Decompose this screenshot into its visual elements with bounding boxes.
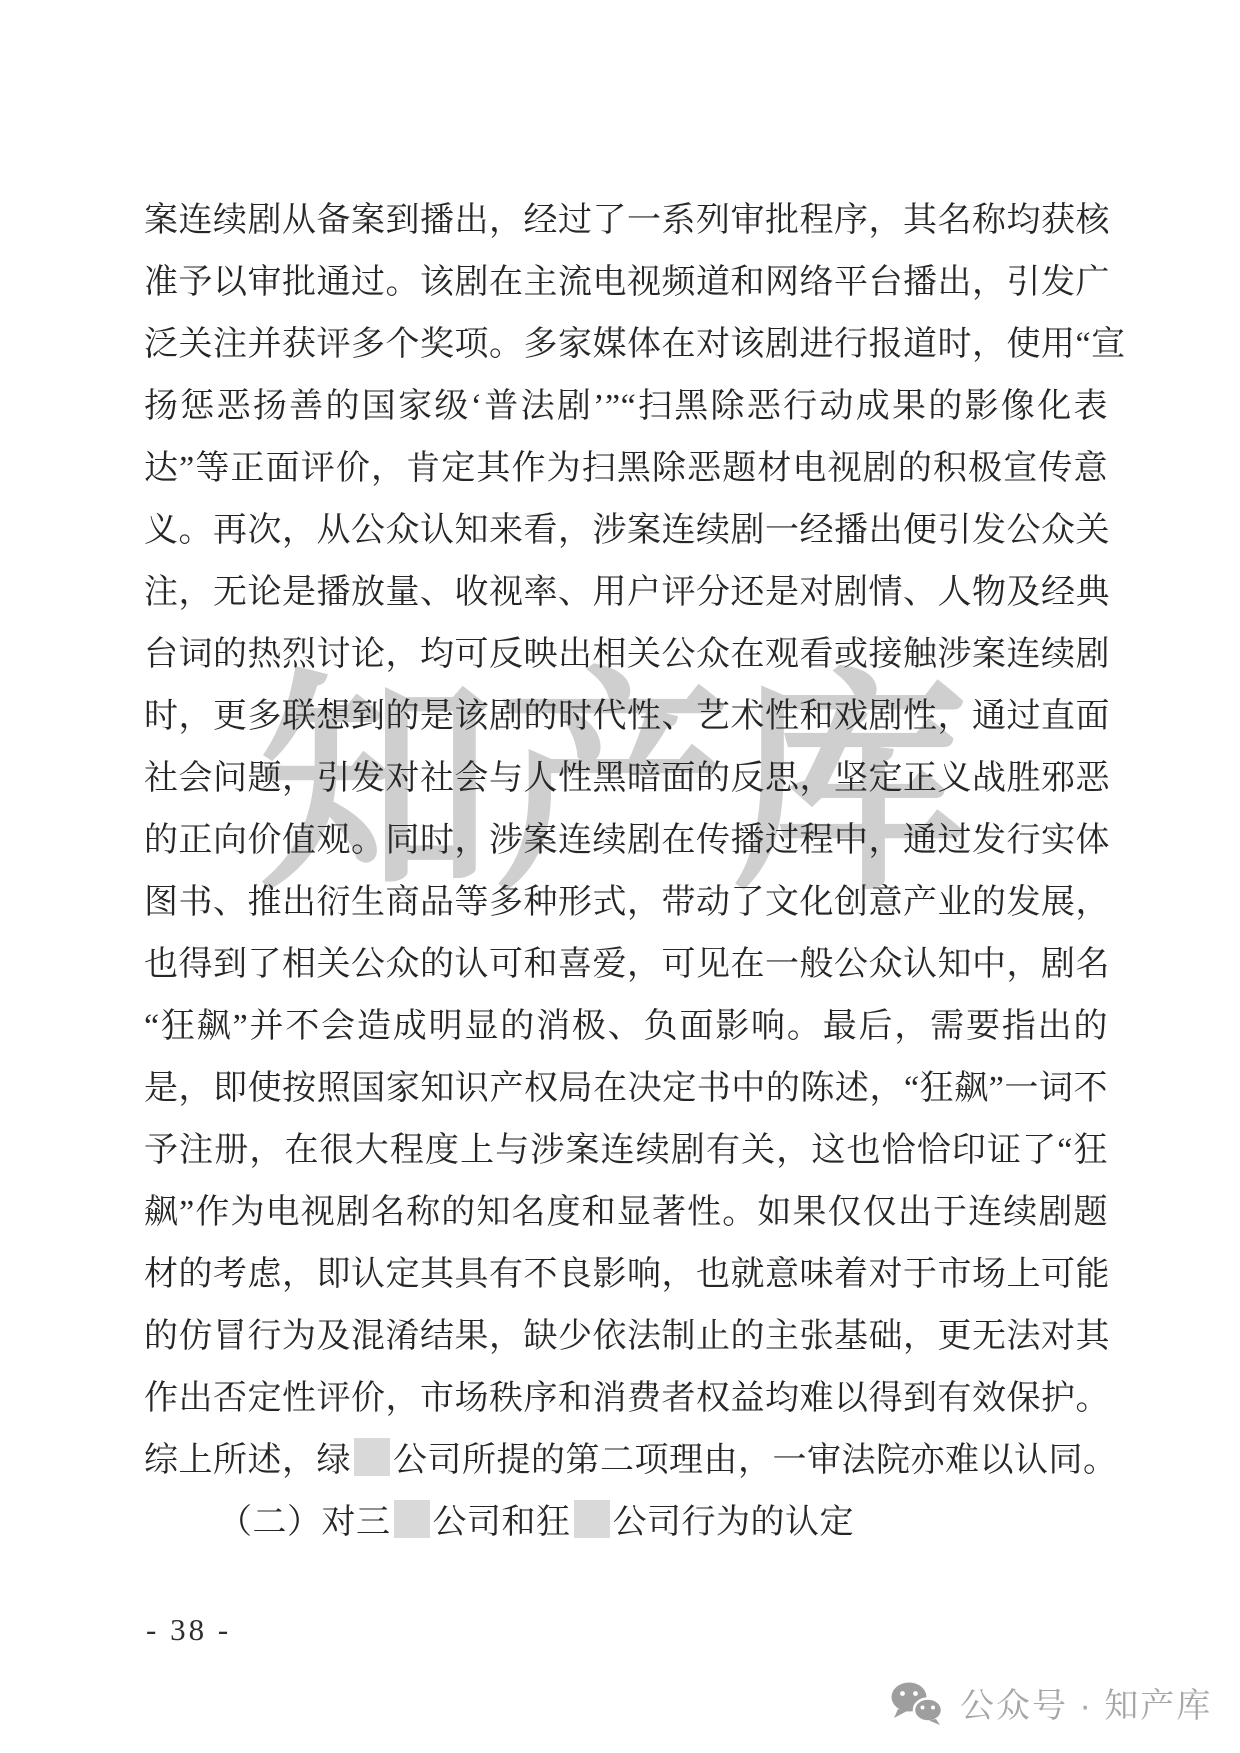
text-line: 社会问题，引发对社会与人性黑暗面的反思，坚定正义战胜邪恶 (144, 748, 1108, 810)
text-segment: 注，无论是播放量、收视率、用户评分还是对剧情、人物及经典 (144, 574, 1110, 611)
redaction-box (394, 1500, 430, 1537)
text-segment: 泛关注并获评多个奖项。多家媒体在对该剧进行报道时，使用“宣 (144, 326, 1126, 363)
text-line: “狂飙”并不会造成明显的消极、负面影响。最后，需要指出的 (144, 996, 1108, 1058)
text-line: 也得到了相关公众的认可和喜爱，可见在一般公众认知中，剧名 (144, 934, 1108, 996)
text-segment: 图书、推出衍生商品等多种形式，带动了文化创意产业的发展， (144, 884, 1110, 921)
text-line: 综上所述，绿公司所提的第二项理由，一审法院亦难以认同。 (144, 1430, 1108, 1492)
text-line: 时，更多联想到的是该剧的时代性、艺术性和戏剧性，通过直面 (144, 686, 1108, 748)
text-segment: 的仿冒行为及混淆结果，缺少依法制止的主张基础，更无法对其 (144, 1318, 1110, 1355)
text-segment: 飙”作为电视剧名称的知名度和显著性。如果仅仅出于连续剧题 (144, 1194, 1108, 1231)
wechat-bubbles-icon (888, 1680, 946, 1726)
text-segment: 公司所提的第二项理由，一审法院亦难以认同。 (393, 1442, 1118, 1479)
text-line: 达”等正面评价，肯定其作为扫黑除恶题材电视剧的积极宣传意 (144, 438, 1108, 500)
text-line: 飙”作为电视剧名称的知名度和显著性。如果仅仅出于连续剧题 (144, 1182, 1108, 1244)
text-line: 是，即使按照国家知识产权局在决定书中的陈述，“狂飙”一词不 (144, 1058, 1108, 1120)
text-segment: 扬惩恶扬善的国家级‘普法剧’”“扫黑除恶行动成果的影像化表 (144, 388, 1108, 425)
text-segment: 综上所述，绿 (144, 1442, 351, 1479)
text-segment: 予注册，在很大程度上与涉案连续剧有关，这也恰恰印证了“狂 (144, 1132, 1108, 1169)
wechat-footer: 公众号 · 知产库 (888, 1678, 1212, 1727)
text-segment: 时，更多联想到的是该剧的时代性、艺术性和戏剧性，通过直面 (144, 698, 1110, 735)
text-line: 泛关注并获评多个奖项。多家媒体在对该剧进行报道时，使用“宣 (144, 314, 1108, 376)
footer-account-label: 公众号 · 知产库 (960, 1678, 1212, 1727)
text-line: 注，无论是播放量、收视率、用户评分还是对剧情、人物及经典 (144, 562, 1108, 624)
text-segment: 准予以审批通过。该剧在主流电视频道和网络平台播出，引发广 (144, 264, 1110, 301)
redaction-box (574, 1500, 610, 1537)
text-segment: 也得到了相关公众的认可和喜爱，可见在一般公众认知中，剧名 (144, 946, 1110, 983)
text-segment: 公司行为的认定 (613, 1504, 855, 1541)
text-line: 予注册，在很大程度上与涉案连续剧有关，这也恰恰印证了“狂 (144, 1120, 1108, 1182)
text-line: 的仿冒行为及混淆结果，缺少依法制止的主张基础，更无法对其 (144, 1306, 1108, 1368)
text-line: 义。再次，从公众认知来看，涉案连续剧一经播出便引发公众关 (144, 500, 1108, 562)
text-line: 的正向价值观。同时，涉案连续剧在传播过程中，通过发行实体 (144, 810, 1108, 872)
page-number: - 38 - (146, 1612, 231, 1648)
text-segment: 的正向价值观。同时，涉案连续剧在传播过程中，通过发行实体 (144, 822, 1110, 859)
text-segment: 公司和狂 (433, 1504, 571, 1541)
section-heading: （二）对三公司和狂公司行为的认定 (144, 1492, 1108, 1554)
text-line: 扬惩恶扬善的国家级‘普法剧’”“扫黑除恶行动成果的影像化表 (144, 376, 1108, 438)
text-line: 案连续剧从备案到播出，经过了一系列审批程序，其名称均获核 (144, 190, 1108, 252)
text-segment: 达”等正面评价，肯定其作为扫黑除恶题材电视剧的积极宣传意 (144, 450, 1108, 487)
text-line: 材的考虑，即认定其具有不良影响，也就意味着对于市场上可能 (144, 1244, 1108, 1306)
text-segment: 案连续剧从备案到播出，经过了一系列审批程序，其名称均获核 (144, 202, 1110, 239)
judgment-body-text: 案连续剧从备案到播出，经过了一系列审批程序，其名称均获核准予以审批通过。该剧在主… (144, 190, 1108, 1554)
text-line: 图书、推出衍生商品等多种形式，带动了文化创意产业的发展， (144, 872, 1108, 934)
redaction-box (354, 1438, 390, 1475)
text-line: 作出否定性评价，市场秩序和消费者权益均难以得到有效保护。 (144, 1368, 1108, 1430)
text-segment: “狂飙”并不会造成明显的消极、负面影响。最后，需要指出的 (144, 1008, 1108, 1045)
text-segment: 台词的热烈讨论，均可反映出相关公众在观看或接触涉案连续剧 (144, 636, 1110, 673)
text-segment: 社会问题，引发对社会与人性黑暗面的反思，坚定正义战胜邪恶 (144, 760, 1110, 797)
text-segment: （二）对三 (218, 1504, 391, 1541)
text-segment: 材的考虑，即认定其具有不良影响，也就意味着对于市场上可能 (144, 1256, 1110, 1293)
text-segment: 义。再次，从公众认知来看，涉案连续剧一经播出便引发公众关 (144, 512, 1110, 549)
document-page: 知产库 案连续剧从备案到播出，经过了一系列审批程序，其名称均获核准予以审批通过。… (0, 0, 1240, 1753)
text-line: 准予以审批通过。该剧在主流电视频道和网络平台播出，引发广 (144, 252, 1108, 314)
text-line: 台词的热烈讨论，均可反映出相关公众在观看或接触涉案连续剧 (144, 624, 1108, 686)
text-segment: 作出否定性评价，市场秩序和消费者权益均难以得到有效保护。 (144, 1380, 1110, 1417)
text-segment: 是，即使按照国家知识产权局在决定书中的陈述，“狂飙”一词不 (144, 1070, 1108, 1107)
